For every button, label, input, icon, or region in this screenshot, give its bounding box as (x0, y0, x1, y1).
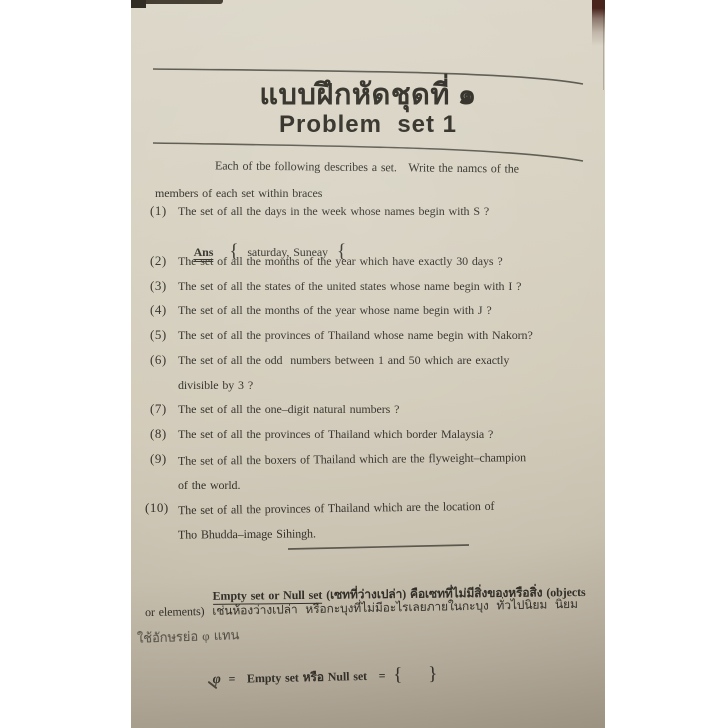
page-corner-mark (131, 0, 146, 8)
problem-item: The set of all the one–digit natural num… (178, 402, 399, 417)
formula-gap (402, 679, 428, 680)
title-block: แบบฝึกหัดชุดที่ ๑ Problem set 1 (131, 78, 605, 138)
problem-item-continuation: divisible by 3 ? (178, 378, 253, 393)
problem-item: The set of all the provinces of Thailand… (178, 499, 495, 518)
problem-item: The set of all the boxers of Thailand wh… (178, 450, 526, 469)
formula-body: = Empty set หรือ Null set = (221, 668, 394, 686)
answer-line: Ans{saturday, Suneay{ (178, 225, 346, 277)
intro-line-2: members of each set within braces (155, 186, 322, 201)
problem-number: (1) (150, 203, 167, 219)
formula-close-brace: } (428, 663, 437, 684)
book-page-photo: แบบฝึกหัดชุดที่ ๑ Problem set 1 Each of … (131, 0, 605, 728)
problem-number: (6) (150, 352, 167, 368)
page-right-edge (603, 0, 604, 90)
problem-item-continuation: of the world. (178, 478, 240, 493)
problem-number: (9) (150, 451, 167, 467)
problem-number: (5) (150, 327, 167, 343)
page-title-thai: แบบฝึกหัดชุดที่ ๑ (131, 78, 605, 112)
problem-item: The set of all the states of the united … (178, 279, 521, 294)
page-title-english: Problem set 1 (131, 112, 605, 138)
empty-set-line-3: ใช้อักษรย่อ φ แทน (137, 624, 240, 649)
formula-open-brace: { (393, 664, 402, 685)
problem-number: (7) (150, 401, 167, 417)
scan-canvas: { "document": { "title_thai": "แบบฝึกหัด… (0, 0, 728, 728)
problem-number: (8) (150, 426, 167, 442)
problem-item: The set of all the odd numbers between 1… (178, 353, 509, 368)
intro-line-1: Each of tbe following describes a set. W… (215, 158, 519, 176)
problem-number: (3) (150, 278, 167, 294)
problem-item: The set of all the provinces of Thailand… (178, 427, 493, 442)
empty-set-formula: φ = Empty set หรือ Null set = {} (196, 647, 437, 704)
problem-number: (4) (150, 302, 167, 318)
problem-item: The set of all the days in the week whos… (178, 204, 489, 219)
problem-number: (2) (150, 253, 167, 269)
problem-number: (10) (145, 500, 169, 516)
problem-item: The set of all the provinces of Thailand… (178, 328, 533, 343)
problem-item: The set of all the months of the year wh… (178, 303, 492, 318)
problem-item: The set of all the months of the year wh… (178, 254, 503, 269)
problem-item-continuation: Tho Bhudda–image Sihingh. (178, 526, 316, 542)
